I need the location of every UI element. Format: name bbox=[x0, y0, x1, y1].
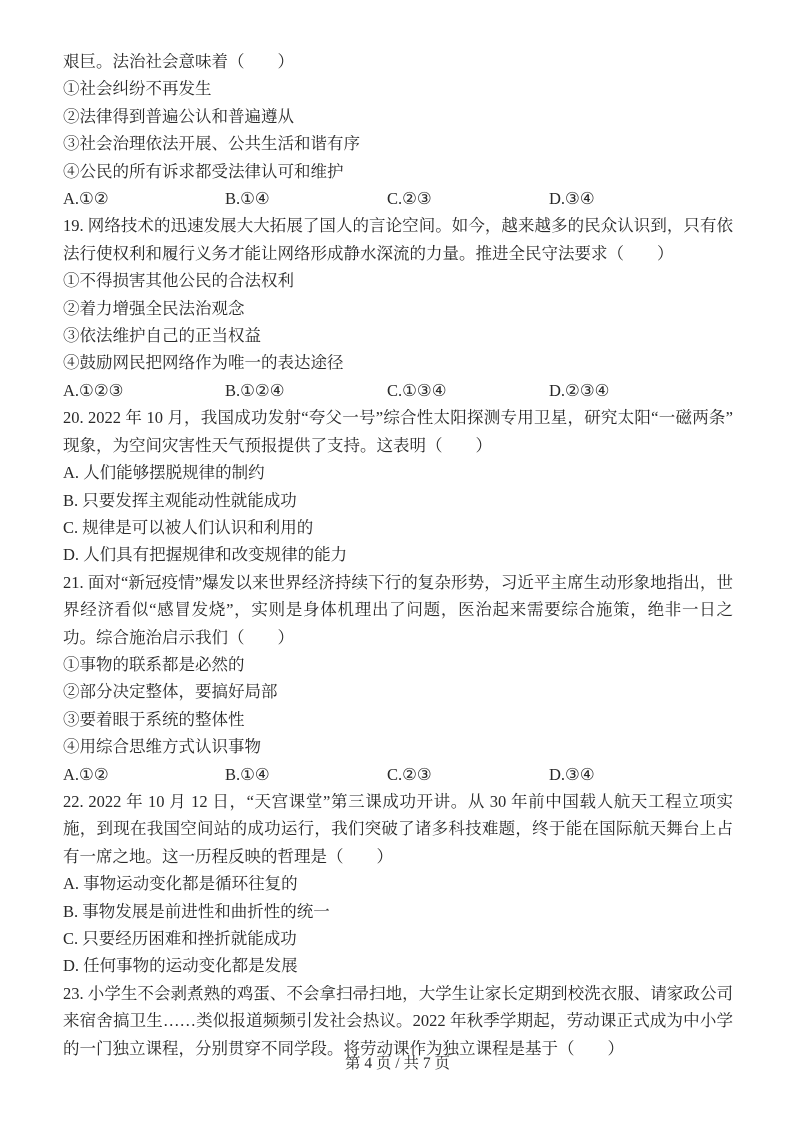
exam-content: 艰巨。法治社会意味着（ ） ①社会纠纷不再发生 ②法律得到普遍公认和普遍遵从 ③… bbox=[0, 0, 795, 1062]
question-22-block: 22. 2022 年 10 月 12 日，“天宫课堂”第三课成功开讲。从 30 … bbox=[63, 788, 733, 980]
page-footer: 第 4 页 / 共 7 页 bbox=[0, 1050, 795, 1077]
question-21-choice-d: D.③④ bbox=[549, 761, 733, 788]
question-19-item-1: ①不得损害其他公民的合法权利 bbox=[63, 267, 733, 294]
question-18-choice-c: C.②③ bbox=[387, 185, 549, 212]
question-18-item-1: ①社会纠纷不再发生 bbox=[63, 75, 733, 102]
question-20-choices: A. 人们能够摆脱规律的制约 B. 只要发挥主观能动性就能成功 C. 规律是可以… bbox=[63, 459, 733, 569]
question-21-item-3: ③要着眼于系统的整体性 bbox=[63, 706, 733, 733]
question-21-stem: 21. 面对“新冠疫情”爆发以来世界经济持续下行的复杂形势，习近平主席生动形象地… bbox=[63, 569, 733, 651]
question-19-choice-b: B.①②④ bbox=[225, 377, 387, 404]
question-19-choices: A.①②③ B.①②④ C.①③④ D.②③④ bbox=[63, 377, 733, 404]
question-20-stem: 20. 2022 年 10 月，我国成功发射“夸父一号”综合性太阳探测专用卫星，… bbox=[63, 404, 733, 459]
question-20-block: 20. 2022 年 10 月，我国成功发射“夸父一号”综合性太阳探测专用卫星，… bbox=[63, 404, 733, 568]
exam-page: { "page": { "background_color": "#ffffff… bbox=[0, 0, 795, 1125]
question-19-item-3: ③依法维护自己的正当权益 bbox=[63, 322, 733, 349]
question-22-choices: A. 事物运动变化都是循环往复的 B. 事物发展是前进性和曲折性的统一 C. 只… bbox=[63, 870, 733, 980]
question-19-choice-d: D.②③④ bbox=[549, 377, 733, 404]
question-21-block: 21. 面对“新冠疫情”爆发以来世界经济持续下行的复杂形势，习近平主席生动形象地… bbox=[63, 569, 733, 788]
question-19-stem: 19. 网络技术的迅速发展大大拓展了国人的言论空间。如今，越来越多的民众认识到，… bbox=[63, 212, 733, 267]
question-20-choice-a: A. 人们能够摆脱规律的制约 bbox=[63, 459, 733, 486]
question-22-stem: 22. 2022 年 10 月 12 日，“天宫课堂”第三课成功开讲。从 30 … bbox=[63, 788, 733, 870]
question-18-stem: 艰巨。法治社会意味着（ ） bbox=[63, 48, 733, 75]
question-20-choice-b: B. 只要发挥主观能动性就能成功 bbox=[63, 487, 733, 514]
question-21-item-4: ④用综合思维方式认识事物 bbox=[63, 733, 733, 760]
question-18-item-3: ③社会治理依法开展、公共生活和谐有序 bbox=[63, 130, 733, 157]
question-19-choice-a: A.①②③ bbox=[63, 377, 225, 404]
question-18-block: 艰巨。法治社会意味着（ ） ①社会纠纷不再发生 ②法律得到普遍公认和普遍遵从 ③… bbox=[63, 48, 733, 212]
question-21-choices: A.①② B.①④ C.②③ D.③④ bbox=[63, 761, 733, 788]
question-18-choice-a: A.①② bbox=[63, 185, 225, 212]
question-21-item-1: ①事物的联系都是必然的 bbox=[63, 651, 733, 678]
question-21-choice-b: B.①④ bbox=[225, 761, 387, 788]
question-21-item-2: ②部分决定整体，要搞好局部 bbox=[63, 678, 733, 705]
question-18-item-2: ②法律得到普遍公认和普遍遵从 bbox=[63, 103, 733, 130]
question-19-block: 19. 网络技术的迅速发展大大拓展了国人的言论空间。如今，越来越多的民众认识到，… bbox=[63, 212, 733, 404]
question-18-choice-d: D.③④ bbox=[549, 185, 733, 212]
question-19-item-2: ②着力增强全民法治观念 bbox=[63, 295, 733, 322]
question-22-choice-d: D. 任何事物的运动变化都是发展 bbox=[63, 952, 733, 979]
question-21-choice-c: C.②③ bbox=[387, 761, 549, 788]
question-22-choice-c: C. 只要经历困难和挫折就能成功 bbox=[63, 925, 733, 952]
question-22-choice-b: B. 事物发展是前进性和曲折性的统一 bbox=[63, 898, 733, 925]
question-18-choice-b: B.①④ bbox=[225, 185, 387, 212]
question-20-choice-c: C. 规律是可以被人们认识和利用的 bbox=[63, 514, 733, 541]
question-18-item-4: ④公民的所有诉求都受法律认可和维护 bbox=[63, 158, 733, 185]
question-20-choice-d: D. 人们具有把握规律和改变规律的能力 bbox=[63, 541, 733, 568]
question-21-choice-a: A.①② bbox=[63, 761, 225, 788]
question-19-choice-c: C.①③④ bbox=[387, 377, 549, 404]
question-22-choice-a: A. 事物运动变化都是循环往复的 bbox=[63, 870, 733, 897]
question-18-choices: A.①② B.①④ C.②③ D.③④ bbox=[63, 185, 733, 212]
question-19-item-4: ④鼓励网民把网络作为唯一的表达途径 bbox=[63, 349, 733, 376]
